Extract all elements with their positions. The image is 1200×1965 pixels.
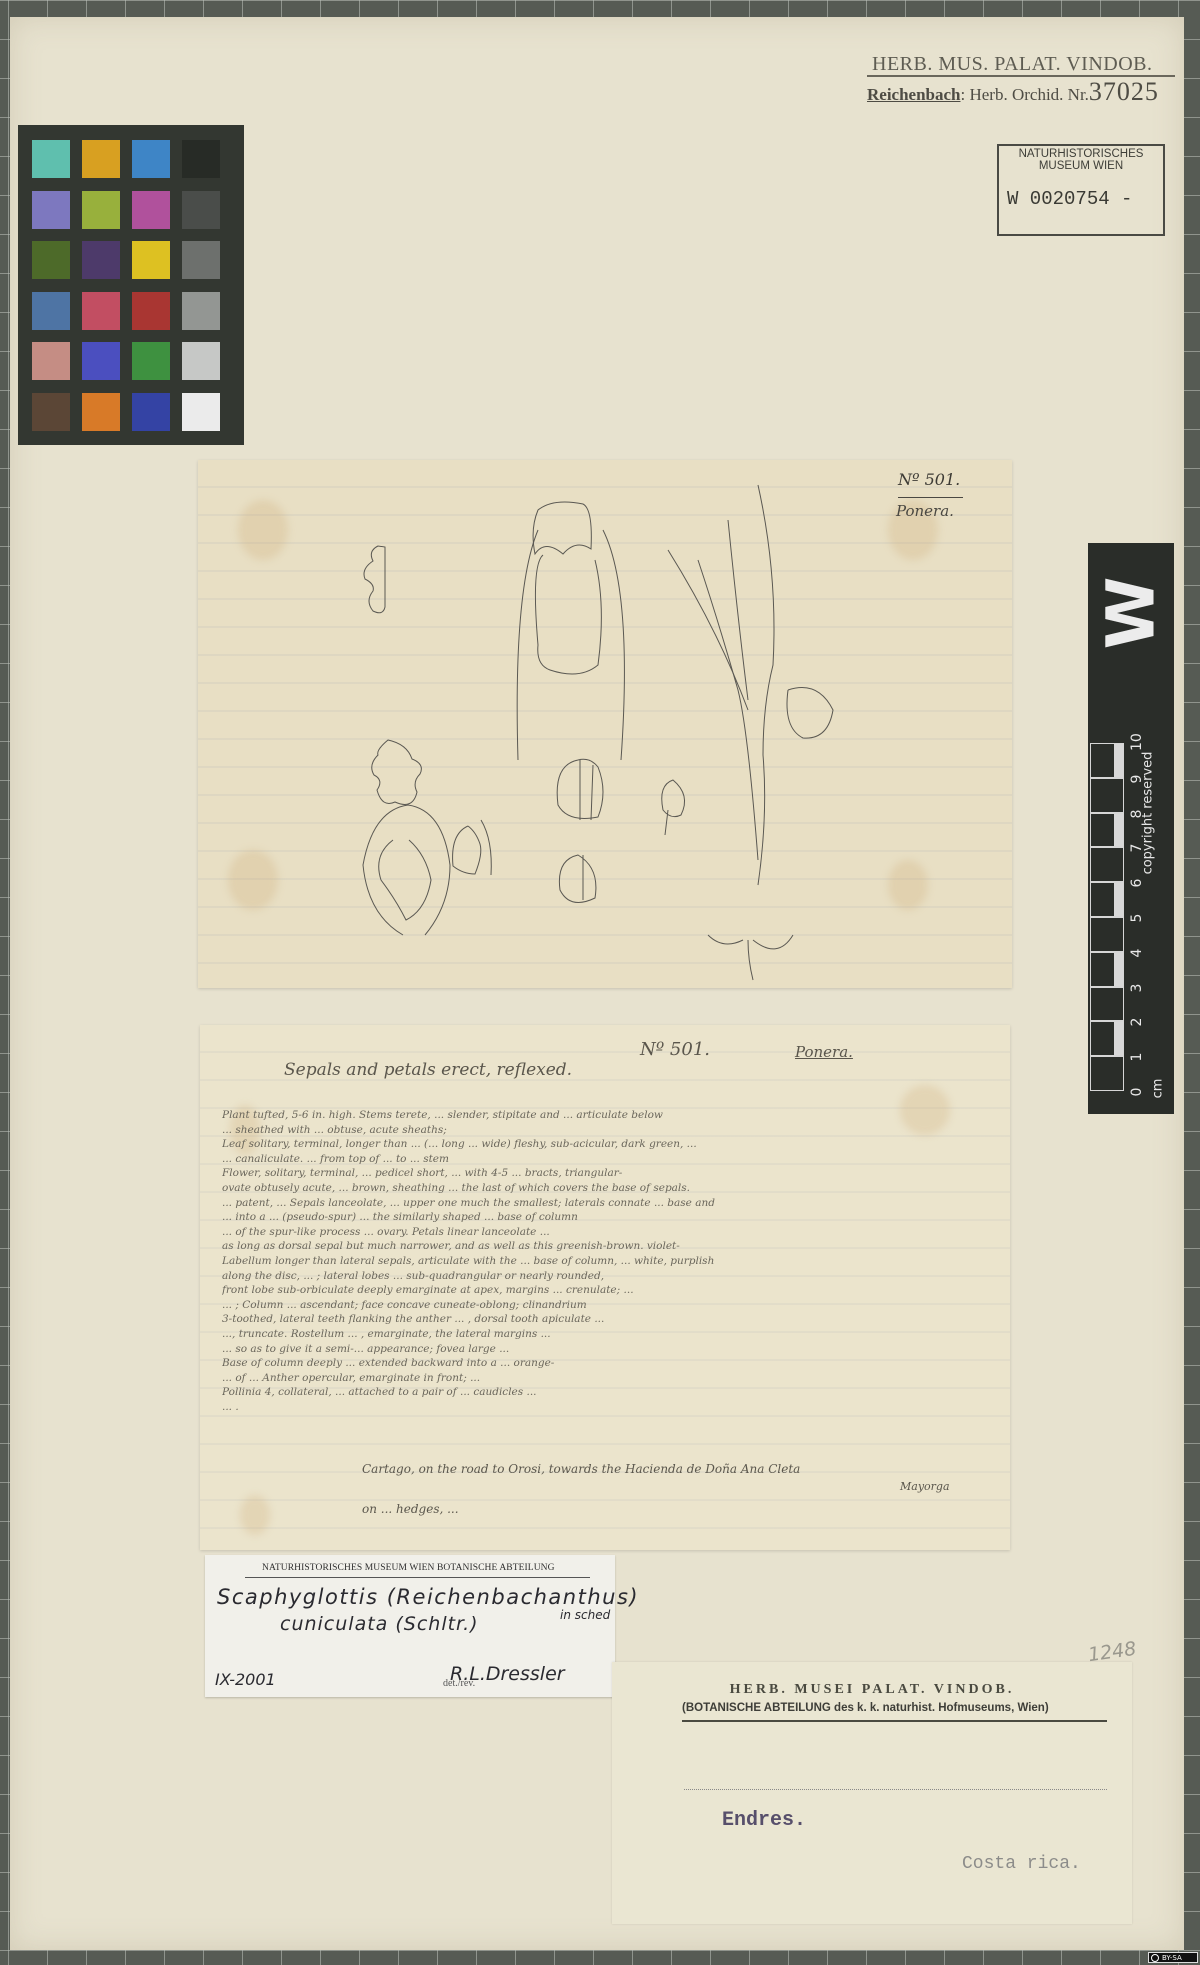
note-line: ... sheathed with ... obtuse, acute shea… [222, 1123, 992, 1138]
color-swatch [132, 241, 170, 279]
herb-label-rule [682, 1720, 1107, 1722]
note-line: Flower, solitary, terminal, ... pedicel … [222, 1166, 992, 1181]
accession-number: 37025 [1089, 77, 1159, 106]
herbarium-sheet: HERB. MUS. PALAT. VINDOB. Reichenbach: H… [10, 17, 1184, 1950]
note-locality-line1: Cartago, on the road to Orosi, towards t… [362, 1462, 800, 1476]
color-swatch [182, 393, 220, 431]
scale-segment [1090, 813, 1124, 848]
scale-segment [1090, 952, 1124, 987]
orchid-sketch-icon [198, 460, 1012, 988]
note-line: ... of ... Anther opercular, emarginate … [222, 1371, 992, 1386]
note-line: ... so as to give it a semi-... appearan… [222, 1342, 992, 1357]
color-swatch [182, 191, 220, 229]
color-swatch [182, 292, 220, 330]
scale-tick-label: 2 [1129, 1015, 1145, 1029]
color-swatch [82, 292, 120, 330]
det-determiner: R.L.Dressler [450, 1663, 565, 1685]
herb-label-title: HERB. MUSEI PALAT. VINDOB. [612, 1682, 1132, 1698]
determination-label: NATURHISTORISCHES MUSEUM WIEN BOTANISCHE… [205, 1555, 615, 1697]
color-swatch [82, 191, 120, 229]
note-line: along the disc, ... ; lateral lobes ... … [222, 1269, 992, 1284]
header-stamp-title: HERB. MUS. PALAT. VINDOB. [872, 53, 1153, 76]
collection-name: Reichenbach [867, 85, 961, 104]
note-line: ... patent, ... Sepals lanceolate, ... u… [222, 1196, 992, 1211]
color-swatch [132, 393, 170, 431]
scale-tick-label: 6 [1129, 876, 1145, 890]
drawing-genus: Ponera. [896, 502, 954, 520]
det-date: IX-2001 [215, 1670, 276, 1689]
color-swatch [82, 140, 120, 178]
handwritten-description: Nº 501. Ponera. Sepals and petals erect,… [200, 1025, 1010, 1550]
color-swatch [82, 393, 120, 431]
scale-segment [1090, 987, 1124, 1022]
note-title: Sepals and petals erect, reflexed. [284, 1060, 572, 1080]
scale-segment [1090, 1021, 1124, 1056]
note-line: ... canaliculate. ... from top of ... to… [222, 1152, 992, 1167]
note-line: Labellum longer than lateral sepals, art… [222, 1254, 992, 1269]
license-text: BY-SA [1162, 1954, 1182, 1962]
color-swatch-grid [32, 140, 230, 431]
botanical-drawing: Nº 501. Ponera. [198, 460, 1012, 988]
color-swatch [32, 292, 70, 330]
note-line: ..., truncate. Rostellum ... , emarginat… [222, 1327, 992, 1342]
museum-logo-icon: W [1098, 573, 1164, 653]
note-line: ... ; Column ... ascendant; face concave… [222, 1298, 992, 1313]
paper-stain [240, 1495, 270, 1535]
color-swatch [182, 140, 220, 178]
scale-segments: 012345678910 [1090, 704, 1124, 1104]
color-swatch [132, 292, 170, 330]
note-line: ... of the spur-like process ... ovary. … [222, 1225, 992, 1240]
drawing-number: Nº 501. [898, 470, 960, 489]
color-calibration-chart [18, 125, 244, 445]
nhm-institution-line2: MUSEUM WIEN [999, 160, 1163, 172]
color-swatch [132, 140, 170, 178]
note-line: Base of column deeply ... extended backw… [222, 1356, 992, 1371]
color-swatch [32, 241, 70, 279]
note-signature: Mayorga [900, 1480, 950, 1493]
scale-tick-label: 0 [1129, 1085, 1145, 1099]
herb-label-subtitle: (BOTANISCHE ABTEILUNG des k. k. naturhis… [682, 1702, 1049, 1714]
scale-segment [1090, 917, 1124, 952]
note-line: ovate obtusely acute, ... brown, sheathi… [222, 1181, 992, 1196]
color-swatch [132, 342, 170, 380]
header-stamp-number-line: Reichenbach: Herb. Orchid. Nr.37025 [867, 77, 1159, 107]
color-swatch [32, 140, 70, 178]
collector-stamp: Endres. [722, 1809, 806, 1832]
note-line: Pollinia 4, collateral, ... attached to … [222, 1385, 992, 1400]
country-stamp: Costa rica. [962, 1854, 1081, 1874]
note-genus: Ponera. [795, 1043, 853, 1061]
scale-segment [1090, 882, 1124, 917]
scale-tick-label: 7 [1129, 841, 1145, 855]
scale-segment [1090, 847, 1124, 882]
det-label-header: NATURHISTORISCHES MUSEUM WIEN BOTANISCHE… [262, 1563, 555, 1573]
note-line: as long as dorsal sepal but much narrowe… [222, 1239, 992, 1254]
nhm-barcode-stamp: NATURHISTORISCHES MUSEUM WIEN W 0020754 … [997, 144, 1165, 236]
color-swatch [132, 191, 170, 229]
scale-tick-label: 1 [1129, 1050, 1145, 1064]
color-swatch [82, 241, 120, 279]
color-swatch [32, 342, 70, 380]
scale-tick-label: 8 [1129, 807, 1145, 821]
color-swatch [182, 241, 220, 279]
note-line: ... into a ... (pseudo-spur) ... the sim… [222, 1210, 992, 1225]
color-swatch [32, 393, 70, 431]
note-line: ... . [222, 1400, 992, 1415]
note-body: Plant tufted, 5-6 in. high. Stems terete… [222, 1108, 992, 1414]
scale-tick-label: 4 [1129, 946, 1145, 960]
det-label-rule [245, 1577, 590, 1578]
note-line: front lobe sub-orbiculate deeply emargin… [222, 1283, 992, 1298]
scale-segment [1090, 1056, 1124, 1091]
scale-tick-label: 5 [1129, 911, 1145, 925]
note-line: Plant tufted, 5-6 in. high. Stems terete… [222, 1108, 992, 1123]
color-swatch [82, 342, 120, 380]
scale-tick-label: 3 [1129, 981, 1145, 995]
note-locality-line2: on ... hedges, ... [362, 1502, 459, 1516]
color-swatch [32, 191, 70, 229]
scale-tick-label: 9 [1129, 772, 1145, 786]
scale-tick-label: 10 [1129, 737, 1145, 751]
note-number: Nº 501. [640, 1039, 710, 1060]
note-line: 3-toothed, lateral teeth flanking the an… [222, 1312, 992, 1327]
nhm-institution-line1: NATURHISTORISCHES [999, 148, 1163, 160]
scale-unit: cm [1150, 1079, 1165, 1099]
collection-label: : Herb. Orchid. Nr. [961, 85, 1089, 104]
scale-segment [1090, 743, 1124, 778]
nhm-institution: NATURHISTORISCHES MUSEUM WIEN [999, 148, 1163, 172]
drawing-number-underline [898, 497, 963, 498]
herb-label-dotted-line [684, 1789, 1107, 1790]
color-swatch [182, 342, 220, 380]
scale-bar: W copyright reserved 012345678910 cm [1088, 543, 1174, 1114]
cc-icon [1151, 1954, 1159, 1962]
license-badge: BY-SA [1148, 1952, 1198, 1963]
herbarium-label: HERB. MUSEI PALAT. VINDOB. (BOTANISCHE A… [612, 1662, 1132, 1924]
det-in-sched: in sched [560, 1608, 610, 1622]
barcode-number: W 0020754 - [1007, 188, 1132, 210]
note-line: Leaf solitary, terminal, longer than ...… [222, 1137, 992, 1152]
det-taxon-genus: Scaphyglottis (Reichenbachanthus) [217, 1585, 639, 1609]
scale-segment [1090, 778, 1124, 813]
det-taxon-epithet: cuniculata (Schltr.) [280, 1613, 479, 1635]
